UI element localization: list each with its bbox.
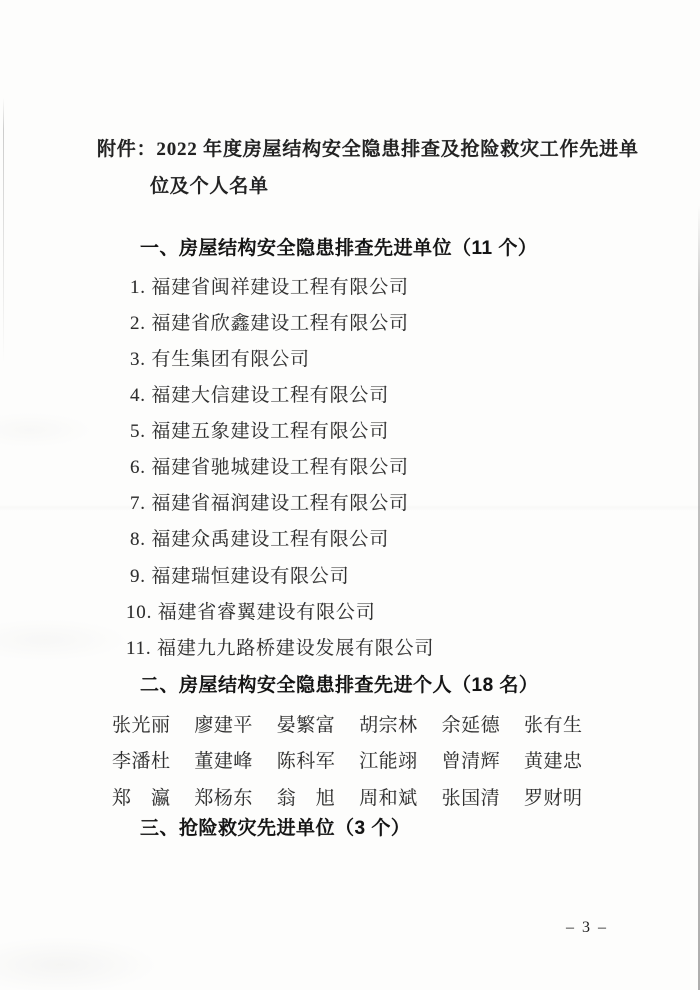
unit-list-item: 7. 福建省福润建设工程有限公司 [130,493,409,515]
person-name: 胡宗林 [359,715,421,737]
person-name: 陈科军 [277,751,339,773]
person-name: 翁 旭 [277,788,339,810]
person-name-row: 李潘杜 董建峰 陈科军 江能翊 曾清辉 黄建忠 [112,751,586,773]
person-name: 罗财明 [524,788,586,810]
page-number: – 3 – [566,919,608,937]
document-page: 附件：2022 年度房屋结构安全隐患排查及抢险救灾工作先进单 位及个人名单 一、… [0,0,700,990]
person-name: 余延德 [442,715,504,737]
section-2-heading: 二、房屋结构安全隐患排查先进个人（18 名） [140,675,538,697]
unit-list-item: 1. 福建省闽祥建设工程有限公司 [130,277,409,299]
person-name: 周和斌 [359,788,421,810]
unit-list-item: 4. 福建大信建设工程有限公司 [130,385,389,407]
person-name: 晏繁富 [277,715,339,737]
person-name: 郑杨东 [194,788,256,810]
section-1-heading: 一、房屋结构安全隐患排查先进单位（11 个） [140,238,537,260]
person-name-row: 张光丽 廖建平 晏繁富 胡宗林 余延德 张有生 [112,715,586,737]
person-name: 李潘杜 [112,751,174,773]
person-name: 董建峰 [194,751,256,773]
person-name: 廖建平 [194,715,256,737]
attachment-title-line-2: 位及个人名单 [150,176,269,198]
person-name: 张国清 [442,788,504,810]
attachment-title-line-1: 附件：2022 年度房屋结构安全隐患排查及抢险救灾工作先进单 [97,139,639,161]
person-name: 郑 瀛 [112,788,174,810]
unit-list-item: 6. 福建省驰城建设工程有限公司 [130,457,409,479]
unit-list-item: 9. 福建瑞恒建设有限公司 [130,566,349,588]
unit-list-item: 11. 福建九九路桥建设发展有限公司 [126,638,434,660]
person-name: 江能翊 [359,751,421,773]
person-name: 曾清辉 [442,751,504,773]
section-3-heading: 三、抢险救灾先进单位（3 个） [140,818,410,840]
unit-list-item: 10. 福建省睿翼建设有限公司 [126,602,376,624]
person-name-row: 郑 瀛 郑杨东 翁 旭 周和斌 张国清 罗财明 [112,788,586,810]
unit-list-item: 5. 福建五象建设工程有限公司 [130,421,389,443]
scan-edge-line-left [3,98,4,363]
unit-list-item: 3. 有生集团有限公司 [130,349,310,371]
unit-list-item: 8. 福建众禹建设工程有限公司 [130,529,389,551]
person-name: 张光丽 [112,715,174,737]
person-name: 黄建忠 [524,751,586,773]
person-name: 张有生 [524,715,586,737]
unit-list-item: 2. 福建省欣鑫建设工程有限公司 [130,313,409,335]
